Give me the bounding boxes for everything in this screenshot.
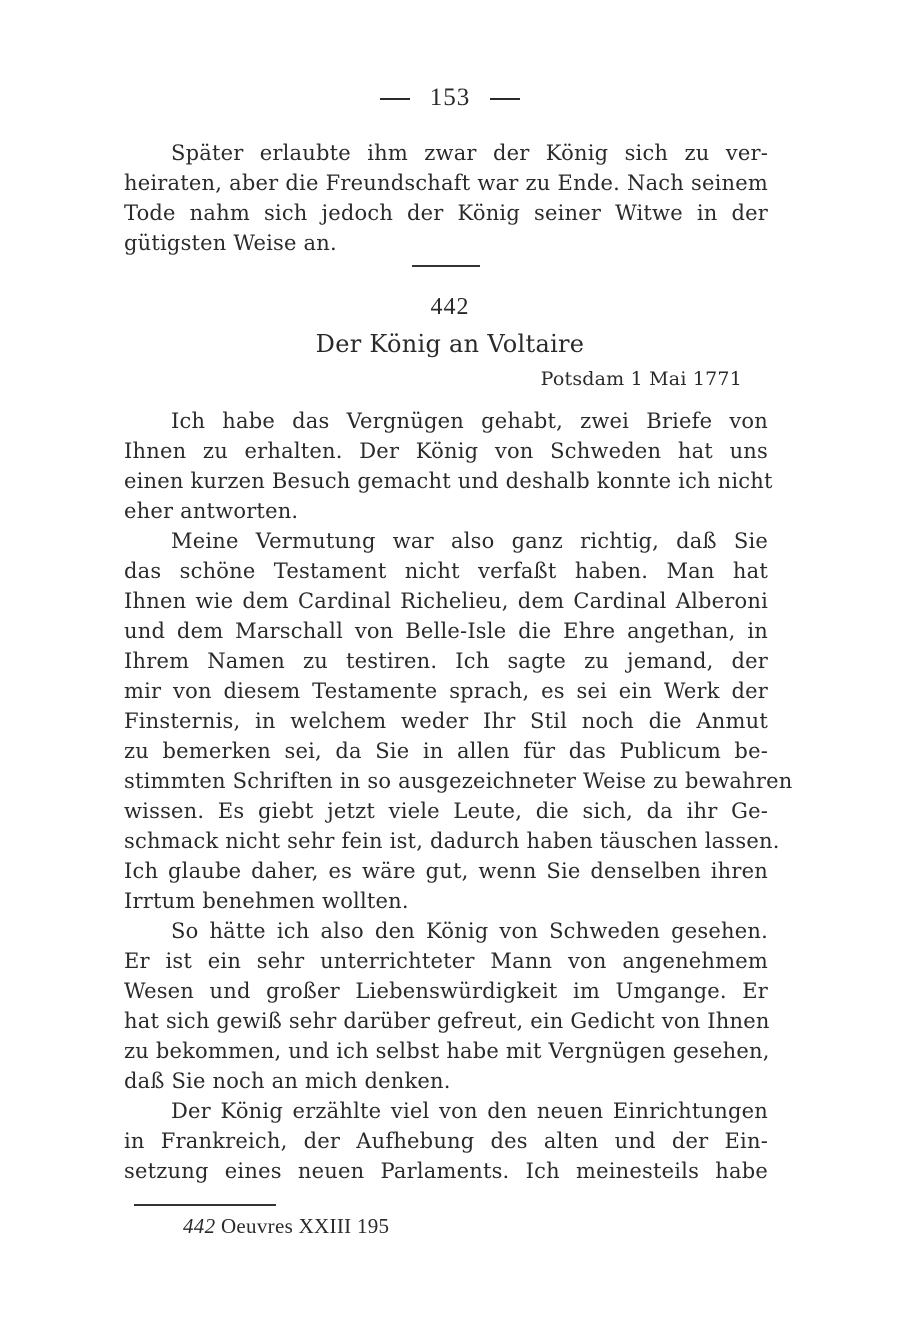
paragraph: Meine Vermutung war also ganz richtig, d… (124, 526, 768, 916)
text-line: wissen. Es giebt jetzt viele Leute, die … (124, 796, 768, 826)
footnote: 442 Oeuvres XXIII 195 (183, 1214, 389, 1239)
paragraph: Ich habe das Vergnügen gehabt, zwei Brie… (124, 406, 768, 526)
text-line: setzung eines neuen Parlaments. Ich mein… (124, 1156, 768, 1186)
paragraph: Der König erzählte viel von den neuen Ei… (124, 1096, 768, 1186)
text-line: das schöne Testament nicht verfaßt haben… (124, 556, 768, 586)
text-line: eher antworten. (124, 496, 768, 526)
text-line: heiraten, aber die Freundschaft war zu E… (124, 168, 768, 198)
text-line: Tode nahm sich jedoch der König seiner W… (124, 198, 768, 228)
footnote-text: Oeuvres XXIII 195 (221, 1214, 389, 1238)
paragraph: So hätte ich also den König von Schweden… (124, 916, 768, 1096)
text-line: Irrtum benehmen wollten. (124, 886, 768, 916)
letter-body: Ich habe das Vergnügen gehabt, zwei Brie… (124, 406, 768, 1186)
letter-dateline: Potsdam 1 Mai 1771 (541, 368, 742, 390)
page-header: 153 (0, 84, 900, 112)
text-line: mir von diesem Testamente sprach, es sei… (124, 676, 768, 706)
text-line: Der König erzählte viel von den neuen Ei… (124, 1096, 768, 1126)
preceding-paragraph: Später erlaubte ihm zwar der König sich … (124, 138, 768, 258)
text-line: Er ist ein sehr unterrichteter Mann von … (124, 946, 768, 976)
footnote-divider (134, 1204, 276, 1206)
text-line: daß Sie noch an mich denken. (124, 1066, 768, 1096)
letter-number: 442 (0, 294, 900, 321)
text-line: schmack nicht sehr fein ist, dadurch hab… (124, 826, 768, 856)
text-line: zu bemerken sei, da Sie in allen für das… (124, 736, 768, 766)
text-line: Wesen und großer Liebenswürdigkeit im Um… (124, 976, 768, 1006)
section-divider (412, 265, 480, 267)
text-line: gütigsten Weise an. (124, 228, 768, 258)
text-line: Ich habe das Vergnügen gehabt, zwei Brie… (124, 406, 768, 436)
text-line: Ich glaube daher, es wäre gut, wenn Sie … (124, 856, 768, 886)
text-line: Meine Vermutung war also ganz richtig, d… (124, 526, 768, 556)
text-line: Ihnen zu erhalten. Der König von Schwede… (124, 436, 768, 466)
letter-title: Der König an Voltaire (0, 330, 900, 358)
text-line: Finsternis, in welchem weder Ihr Stil no… (124, 706, 768, 736)
text-line: Ihrem Namen zu testiren. Ich sagte zu je… (124, 646, 768, 676)
header-dash-right (490, 98, 520, 100)
text-line: So hätte ich also den König von Schweden… (124, 916, 768, 946)
page-number: 153 (430, 84, 471, 111)
text-line: einen kurzen Besuch gemacht und deshalb … (124, 466, 768, 496)
footnote-reference: 442 (183, 1214, 215, 1238)
header-dash-left (380, 98, 410, 100)
text-line: hat sich gewiß sehr darüber gefreut, ein… (124, 1006, 768, 1036)
text-line: in Frankreich, der Aufhebung des alten u… (124, 1126, 768, 1156)
text-line: zu bekommen, und ich selbst habe mit Ver… (124, 1036, 768, 1066)
text-line: Ihnen wie dem Cardinal Richelieu, dem Ca… (124, 586, 768, 616)
text-line: Später erlaubte ihm zwar der König sich … (124, 138, 768, 168)
text-line: stimmten Schriften in so ausgezeichneter… (124, 766, 768, 796)
text-line: und dem Marschall von Belle-Isle die Ehr… (124, 616, 768, 646)
